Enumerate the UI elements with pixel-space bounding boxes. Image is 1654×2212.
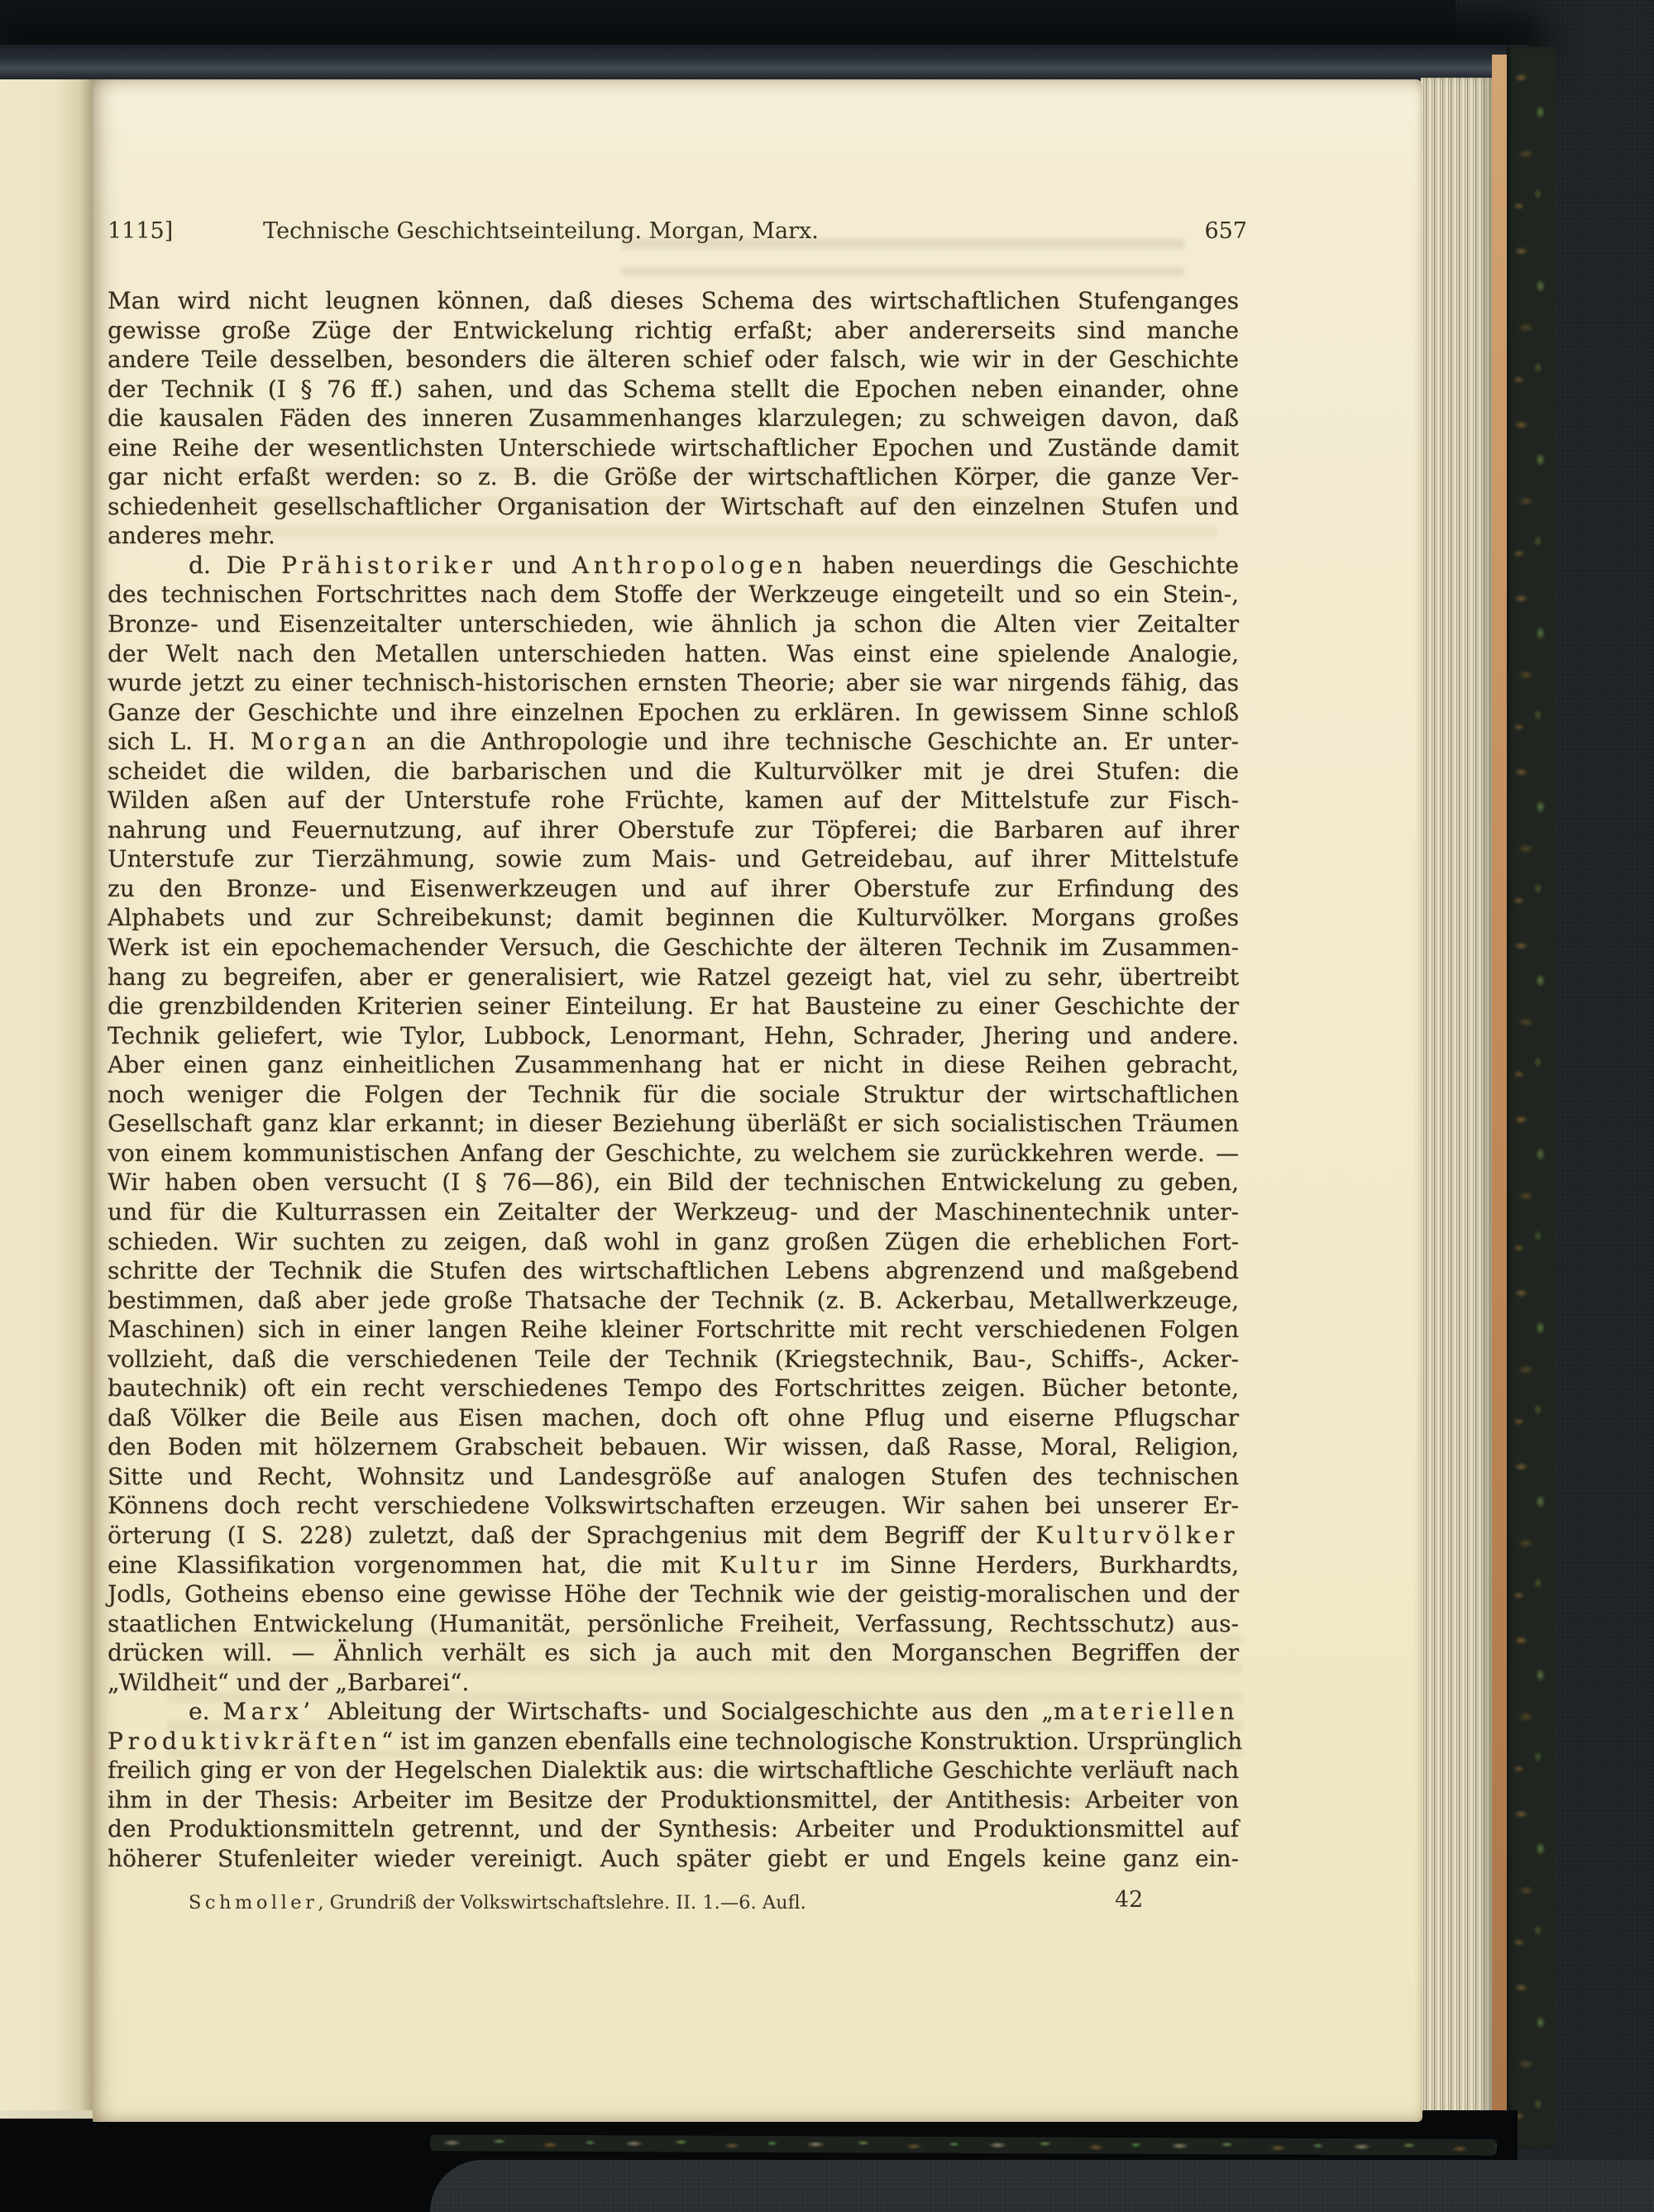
text-line: eine Klassifikation vorgenommen hat, die…: [108, 1550, 1239, 1580]
text-line: die grenzbildenden Kriterien seiner Eint…: [108, 991, 1239, 1021]
text-segment: den Produktionsmitteln getrennt, und der…: [108, 1815, 1239, 1842]
text-line: schieden. Wir suchten zu zeigen, daß woh…: [108, 1227, 1239, 1257]
text-segment: Man wird nicht leugnen können, daß diese…: [108, 287, 1239, 314]
text-segment: Werk ist ein epochemachender Versuch, di…: [108, 934, 1239, 961]
book-cover-top-shadow: [0, 0, 1456, 51]
text-line: und für die Kulturrassen ein Zeitalter d…: [108, 1197, 1239, 1227]
text-line: gar nicht erfaßt werden: so z. B. die Gr…: [108, 462, 1239, 492]
text-line: Technik geliefert, wie Tylor, Lubbock, L…: [108, 1021, 1239, 1051]
text-segment: Jodls, Gotheins ebenso eine gewisse Höhe…: [108, 1580, 1239, 1608]
text-line: von einem kommunistischen Anfang der Ges…: [108, 1139, 1239, 1168]
text-segment: d. Die: [189, 552, 281, 579]
text-segment: bautechnik) oft ein recht verschiedenes …: [108, 1374, 1239, 1402]
text-line: Werk ist ein epochemachender Versuch, di…: [108, 933, 1239, 963]
text-line: Aber einen ganz einheitlichen Zusammenha…: [108, 1050, 1239, 1080]
text-line: die kausalen Fäden des inneren Zusammenh…: [108, 404, 1239, 433]
text-segment: Alphabets und zur Schreibekunst; damit b…: [108, 904, 1239, 931]
text-segment: “ ist im ganzen ebenfalls eine technolog…: [381, 1727, 1242, 1755]
text-segment: Könnens doch recht verschiedene Volkswir…: [108, 1492, 1239, 1519]
letterspaced-text: Morgan: [251, 728, 370, 755]
text-line: Bronze- und Eisenzeitalter unterschieden…: [108, 609, 1239, 639]
text-segment: örterung (I S. 228) zuletzt, daß der Spr…: [108, 1522, 1035, 1549]
text-line: Ganze der Geschichte und ihre einzelnen …: [108, 698, 1239, 728]
text-line: Produktivkräften“ ist im ganzen ebenfall…: [108, 1727, 1239, 1756]
letterspaced-text: materiellen: [1054, 1698, 1239, 1725]
text-segment: andere Teile desselben, besonders die äl…: [108, 346, 1239, 373]
text-segment: eine Klassifikation vorgenommen hat, die…: [108, 1551, 719, 1579]
text-line: Jodls, Gotheins ebenso eine gewisse Höhe…: [108, 1579, 1239, 1609]
text-line: der Welt nach den Metallen unterschieden…: [108, 639, 1239, 669]
letterspaced-text: Produktivkräften: [108, 1727, 381, 1755]
letterspaced-text: Kultur: [719, 1551, 822, 1579]
text-segment: gar nicht erfaßt werden: so z. B. die Gr…: [108, 463, 1239, 490]
letterspaced-text: Prähistoriker: [281, 552, 496, 579]
text-line: bestimmen, daß aber jede große Thatsache…: [108, 1286, 1239, 1316]
text-segment: Unterstufe zur Tierzähmung, sowie zum Ma…: [108, 845, 1239, 872]
text-segment: e.: [189, 1698, 222, 1725]
text-segment: zu den Bronze- und Eisenwerkzeugen und a…: [108, 875, 1239, 902]
left-page-gutter: [0, 79, 99, 2119]
text-line: Alphabets und zur Schreibekunst; damit b…: [108, 903, 1239, 933]
text-line: e. Marx’ Ableitung der Wirtschafts- und …: [108, 1697, 1239, 1727]
text-line: schritte der Technik die Stufen des wirt…: [108, 1256, 1239, 1286]
text-segment: im Sinne Herders, Burkhardts,: [821, 1551, 1239, 1579]
text-segment: staatlichen Entwickelung (Humanität, per…: [108, 1610, 1239, 1637]
text-line: Gesellschaft ganz klar erkannt; in diese…: [108, 1109, 1239, 1139]
running-title: Technische Geschichtseinteilung. Morgan,…: [157, 218, 925, 244]
text-line: des technischen Fortschrittes nach dem S…: [108, 580, 1239, 609]
text-line: staatlichen Entwickelung (Humanität, per…: [108, 1609, 1239, 1639]
text-segment: „Wildheit“ und der „Barbarei“.: [108, 1669, 469, 1696]
text-segment: den Boden mit hölzernem Grabscheit bebau…: [108, 1433, 1239, 1460]
text-line: freilich ging er von der Hegelschen Dial…: [108, 1756, 1239, 1785]
sheet-number: 42: [1115, 1887, 1143, 1913]
text-line: gewisse große Züge der Entwickelung rich…: [108, 316, 1239, 346]
text-line: hang zu begreifen, aber er generalisiert…: [108, 963, 1239, 992]
footer-citation: Schmoller, Grundriß der Volkswirtschafts…: [189, 1892, 806, 1913]
text-line: den Boden mit hölzernem Grabscheit bebau…: [108, 1432, 1239, 1462]
text-line: der Technik (I § 76 ff.) sahen, und das …: [108, 375, 1239, 404]
text-line: wurde jetzt zu einer technisch-historisc…: [108, 668, 1239, 698]
text-line: anderes mehr.: [108, 521, 1239, 551]
text-line: den Produktionsmitteln getrennt, und der…: [108, 1814, 1239, 1844]
letterspaced-text: Marx’: [222, 1698, 314, 1725]
text-segment: nahrung und Feuernutzung, auf ihrer Ober…: [108, 816, 1239, 843]
text-line: ihm in der Thesis: Arbeiter im Besitze d…: [108, 1785, 1239, 1815]
text-segment: drücken will. — Ähnlich verhält es sich …: [108, 1639, 1239, 1666]
text-segment: die kausalen Fäden des inneren Zusammenh…: [108, 404, 1239, 432]
book-photo: 1115] Technische Geschichtseinteilung. M…: [0, 0, 1654, 2212]
text-line: höherer Stufenleiter wieder vereinigt. A…: [108, 1844, 1239, 1874]
text-segment: an die Anthropologie und ihre technische…: [370, 728, 1239, 755]
text-segment: hang zu begreifen, aber er generalisiert…: [108, 963, 1239, 991]
text-segment: daß Völker die Beile aus Eisen machen, d…: [108, 1404, 1239, 1431]
text-segment: die grenzbildenden Kriterien seiner Eint…: [108, 992, 1239, 1020]
text-segment: bestimmen, daß aber jede große Thatsache…: [108, 1287, 1239, 1314]
marbled-cover-edge: [1507, 46, 1555, 2148]
cover-board-edge: [1492, 55, 1507, 2130]
text-segment: Wilden aßen auf der Unterstufe rohe Früc…: [108, 786, 1239, 814]
text-segment: schiedenheit gesellschaftlicher Organisa…: [108, 493, 1239, 520]
text-line: Wir haben oben versucht (I § 76—86), ein…: [108, 1168, 1239, 1197]
text-line: „Wildheit“ und der „Barbarei“.: [108, 1668, 1239, 1698]
text-line: d. Die Prähistoriker und Anthropologen h…: [108, 551, 1239, 580]
text-line: Wilden aßen auf der Unterstufe rohe Früc…: [108, 786, 1239, 815]
text-segment: , Grundriß der Volkswirtschaftslehre. II…: [318, 1892, 805, 1913]
text-segment: des technischen Fortschrittes nach dem S…: [108, 580, 1239, 608]
text-line: sich L. H. Morgan an die Anthropologie u…: [108, 727, 1239, 757]
text-segment: freilich ging er von der Hegelschen Dial…: [108, 1756, 1239, 1784]
text-line: daß Völker die Beile aus Eisen machen, d…: [108, 1403, 1239, 1433]
text-segment: Ganze der Geschichte und ihre einzelnen …: [108, 699, 1239, 726]
text-line: Maschinen) sich in einer langen Reihe kl…: [108, 1315, 1239, 1345]
text-line: Sitte und Recht, Wohnsitz und Landesgröß…: [108, 1462, 1239, 1492]
text-line: noch weniger die Folgen der Technik für …: [108, 1080, 1239, 1110]
text-line: örterung (I S. 228) zuletzt, daß der Spr…: [108, 1521, 1239, 1550]
text-segment: wurde jetzt zu einer technisch-historisc…: [108, 669, 1239, 696]
text-line: andere Teile desselben, besonders die äl…: [108, 345, 1239, 375]
page-header: 1115] Technische Geschichtseinteilung. M…: [108, 218, 1247, 244]
text-segment: und für die Kulturrassen ein Zeitalter d…: [108, 1198, 1239, 1225]
text-line: zu den Bronze- und Eisenwerkzeugen und a…: [108, 874, 1239, 904]
text-line: Man wird nicht leugnen können, daß diese…: [108, 286, 1239, 316]
text-line: Unterstufe zur Tierzähmung, sowie zum Ma…: [108, 844, 1239, 874]
text-segment: Ableitung der Wirtschafts- und Socialges…: [315, 1698, 1054, 1725]
text-segment: anderes mehr.: [108, 522, 275, 549]
text-segment: Wir haben oben versucht (I § 76—86), ein…: [108, 1168, 1239, 1196]
text-segment: Technik geliefert, wie Tylor, Lubbock, L…: [108, 1022, 1239, 1049]
text-segment: Gesellschaft ganz klar erkannt; in diese…: [108, 1110, 1239, 1137]
text-line: schiedenheit gesellschaftlicher Organisa…: [108, 492, 1239, 522]
text-segment: schieden. Wir suchten zu zeigen, daß woh…: [108, 1228, 1239, 1255]
text-segment: Maschinen) sich in einer langen Reihe kl…: [108, 1316, 1239, 1343]
text-segment: scheidet die wilden, die barbarischen un…: [108, 757, 1239, 785]
letterspaced-text: Schmoller: [189, 1892, 318, 1913]
text-segment: der Welt nach den Metallen unterschieden…: [108, 640, 1239, 667]
text-segment: Bronze- und Eisenzeitalter unterschieden…: [108, 610, 1239, 638]
text-line: nahrung und Feuernutzung, auf ihrer Ober…: [108, 815, 1239, 845]
text-line: bautechnik) oft ein recht verschiedenes …: [108, 1374, 1239, 1403]
text-segment: haben neuerdings die Geschichte: [806, 552, 1239, 579]
text-segment: ihm in der Thesis: Arbeiter im Besitze d…: [108, 1786, 1239, 1813]
text-line: vollzieht, daß die verschiedenen Teile d…: [108, 1345, 1239, 1374]
text-segment: noch weniger die Folgen der Technik für …: [108, 1081, 1239, 1108]
text-line: scheidet die wilden, die barbarischen un…: [108, 757, 1239, 786]
page-stack-fore-edge: [1421, 78, 1492, 2119]
letterspaced-text: Kulturvölker: [1035, 1522, 1239, 1549]
text-segment: Sitte und Recht, Wohnsitz und Landesgröß…: [108, 1463, 1239, 1490]
text-segment: von einem kommunistischen Anfang der Ges…: [108, 1139, 1239, 1167]
text-segment: der Technik (I § 76 ff.) sahen, und das …: [108, 375, 1239, 403]
text-segment: höherer Stufenleiter wieder vereinigt. A…: [108, 1845, 1239, 1872]
book-page: 1115] Technische Geschichtseinteilung. M…: [93, 79, 1422, 2122]
text-line: Könnens doch recht verschiedene Volkswir…: [108, 1491, 1239, 1521]
text-line: drücken will. — Ähnlich verhält es sich …: [108, 1638, 1239, 1668]
text-segment: gewisse große Züge der Entwickelung rich…: [108, 317, 1239, 344]
body-text: Man wird nicht leugnen können, daß diese…: [108, 286, 1239, 1874]
text-segment: sich L. H.: [108, 728, 251, 755]
page-number: 657: [1016, 218, 1247, 244]
text-segment: eine Reihe der wesentlichsten Unterschie…: [108, 434, 1239, 461]
letterspaced-text: Anthropologen: [572, 552, 807, 579]
table-surface: [430, 2160, 1654, 2212]
text-segment: und: [497, 552, 572, 579]
text-line: eine Reihe der wesentlichsten Unterschie…: [108, 433, 1239, 463]
text-segment: schritte der Technik die Stufen des wirt…: [108, 1257, 1239, 1284]
text-segment: Aber einen ganz einheitlichen Zusammenha…: [108, 1051, 1239, 1078]
text-segment: vollzieht, daß die verschiedenen Teile d…: [108, 1345, 1239, 1373]
